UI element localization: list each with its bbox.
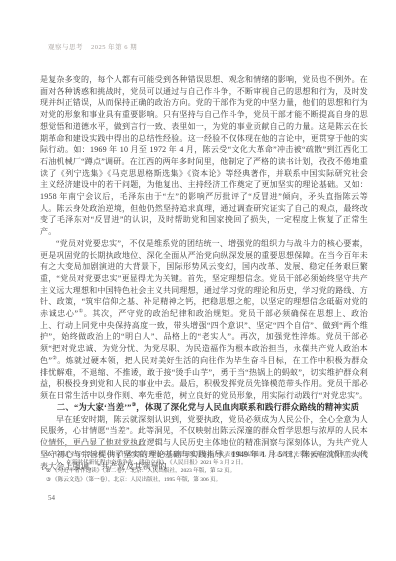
footnote-text: 《习近平著作选读》（第二卷），北京：人民出版社，2023 年版，第 52 页。	[52, 468, 235, 474]
footnote-text: 《习近平在中央党校（国家行政学院）中青年干部培训班开班式上发表重要讲话强调，立志…	[52, 452, 368, 466]
journal-title: 观察与思考	[48, 44, 83, 51]
footnote-block: ①《习近平在中央党校（国家行政学院）中青年干部培训班开班式上发表重要讲话强调，立…	[46, 445, 368, 485]
footnote-number: ①	[46, 452, 51, 458]
footnote: ②《习近平著作选读》（第二卷），北京：人民出版社，2023 年版，第 52 页。	[46, 468, 368, 476]
paragraph: “党员对党要忠实”，不仅是维系党的团结统一、增强党的组织力与战斗力的核心要素，更…	[40, 238, 368, 402]
footnote-number: ③	[46, 477, 51, 483]
journal-page: 观察与思考2025 年第 6 期 是复杂多变的，每个人都有可能受到各种错误思想、…	[0, 0, 396, 561]
footnote-number: ②	[46, 468, 51, 474]
footnote: ③《陈云文选》（第一卷），北京：人民出版社，1995 年版，第 306 页。	[46, 477, 368, 485]
running-header: 观察与思考2025 年第 6 期	[48, 44, 137, 52]
footnote: ①《习近平在中央党校（国家行政学院）中青年干部培训班开班式上发表重要讲话强调，立…	[46, 452, 368, 467]
footnote-separator	[46, 445, 146, 446]
section-heading-text: ，体现了深化党与人民血肉联系和践行群众路线的精神实质	[136, 403, 359, 412]
paragraph-text: 。炼就过硬本领，把人民对美好生活的向往作为毕生奋斗目标，在工作中积极为群众排忧解…	[40, 356, 368, 400]
section-heading: 二、“为大家‘当差’”③，体现了深化党与人民血肉联系和践行群众路线的精神实质	[40, 402, 368, 414]
issue-label: 2025 年第 6 期	[91, 44, 137, 51]
paragraph-text: “党员对党要忠实”，不仅是维系党的团结统一、增强党的组织力与战斗力的核心要素，更…	[40, 239, 368, 318]
section-heading-text: 二、“为大家‘当差’”	[57, 403, 132, 412]
footnote-text: 《陈云文选》（第一卷），北京：人民出版社，1995 年版，第 306 页。	[52, 477, 221, 483]
body-text: 是复杂多变的，每个人都有可能受到各种错误思想、观念和情绪的影响，党员也不例外。在…	[40, 74, 368, 472]
page-number: 54	[48, 494, 55, 502]
paragraph-continuation: 是复杂多变的，每个人都有可能受到各种错误思想、观念和情绪的影响，党员也不例外。在…	[40, 74, 368, 238]
